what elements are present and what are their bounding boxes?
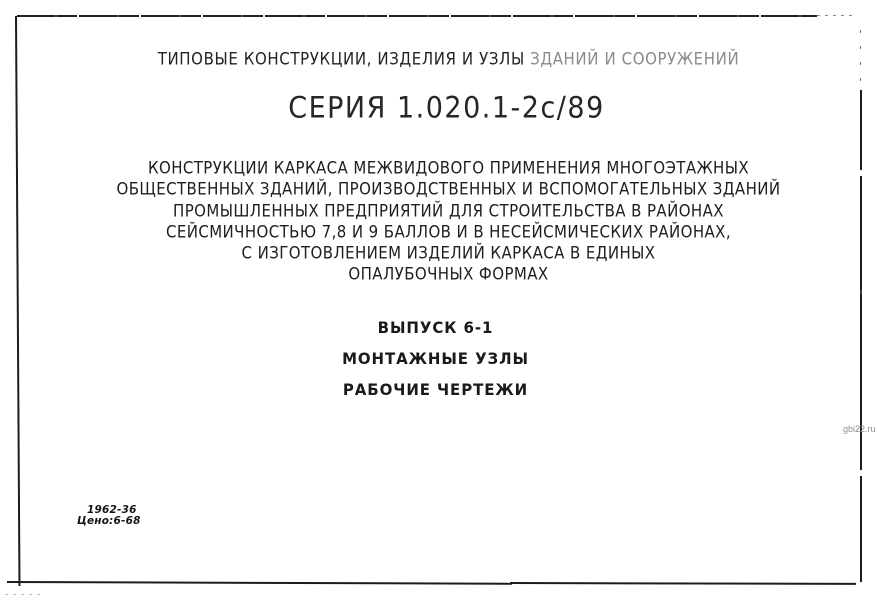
description-line: СЕЙСМИЧНОСТЬЮ 7,8 И 9 БАЛЛОВ И В НЕСЕЙСМ… (10, 221, 877, 244)
issue-info: ВЫПУСК 6-1 МОНТАЖНЫЕ УЗЛЫ РАБОЧИЕ ЧЕРТЕЖ… (0, 313, 874, 406)
description-line: ОПАЛУБОЧНЫХ ФОРМАХ (10, 263, 877, 286)
scan-marks (5, 594, 45, 595)
stamp-price: Цено:6-68 (77, 516, 141, 527)
description-line: КОНСТРУКЦИИ КАРКАСА МЕЖВИДОВОГО ПРИМЕНЕН… (10, 157, 877, 180)
description-line: ОБЩЕСТВЕННЫХ ЗДАНИЙ, ПРОИЗВОДСТВЕННЫХ И … (10, 178, 877, 201)
collection-title: ТИПОВЫЕ КОНСТРУКЦИИ, ИЗДЕЛИЯ И УЗЛЫ ЗДАН… (10, 49, 877, 69)
series-number: СЕРИЯ 1.020.1-2с/89 (8, 92, 877, 125)
issue-type: РАБОЧИЕ ЧЕРТЕЖИ (0, 374, 874, 407)
collection-title-main: ТИПОВЫЕ КОНСТРУКЦИИ, ИЗДЕЛИЯ И УЗЛЫ (158, 49, 530, 69)
frame-border-top-faded (817, 15, 857, 16)
issue-number: ВЫПУСК 6-1 (0, 312, 874, 345)
watermark: gbi22.ru (843, 424, 876, 434)
description-line: ПРОМЫШЛЕННЫХ ПРЕДПРИЯТИЙ ДЛЯ СТРОИТЕЛЬСТ… (10, 200, 877, 223)
issue-subject: МОНТАЖНЫЕ УЗЛЫ (0, 343, 874, 376)
collection-title-faded: ЗДАНИЙ И СООРУЖЕНИЙ (530, 49, 739, 69)
frame-border-top (17, 15, 817, 17)
series-description: КОНСТРУКЦИИ КАРКАСА МЕЖВИДОВОГО ПРИМЕНЕН… (10, 158, 877, 286)
handwritten-stamp: 1962-36 Цено:6-68 (77, 505, 141, 527)
